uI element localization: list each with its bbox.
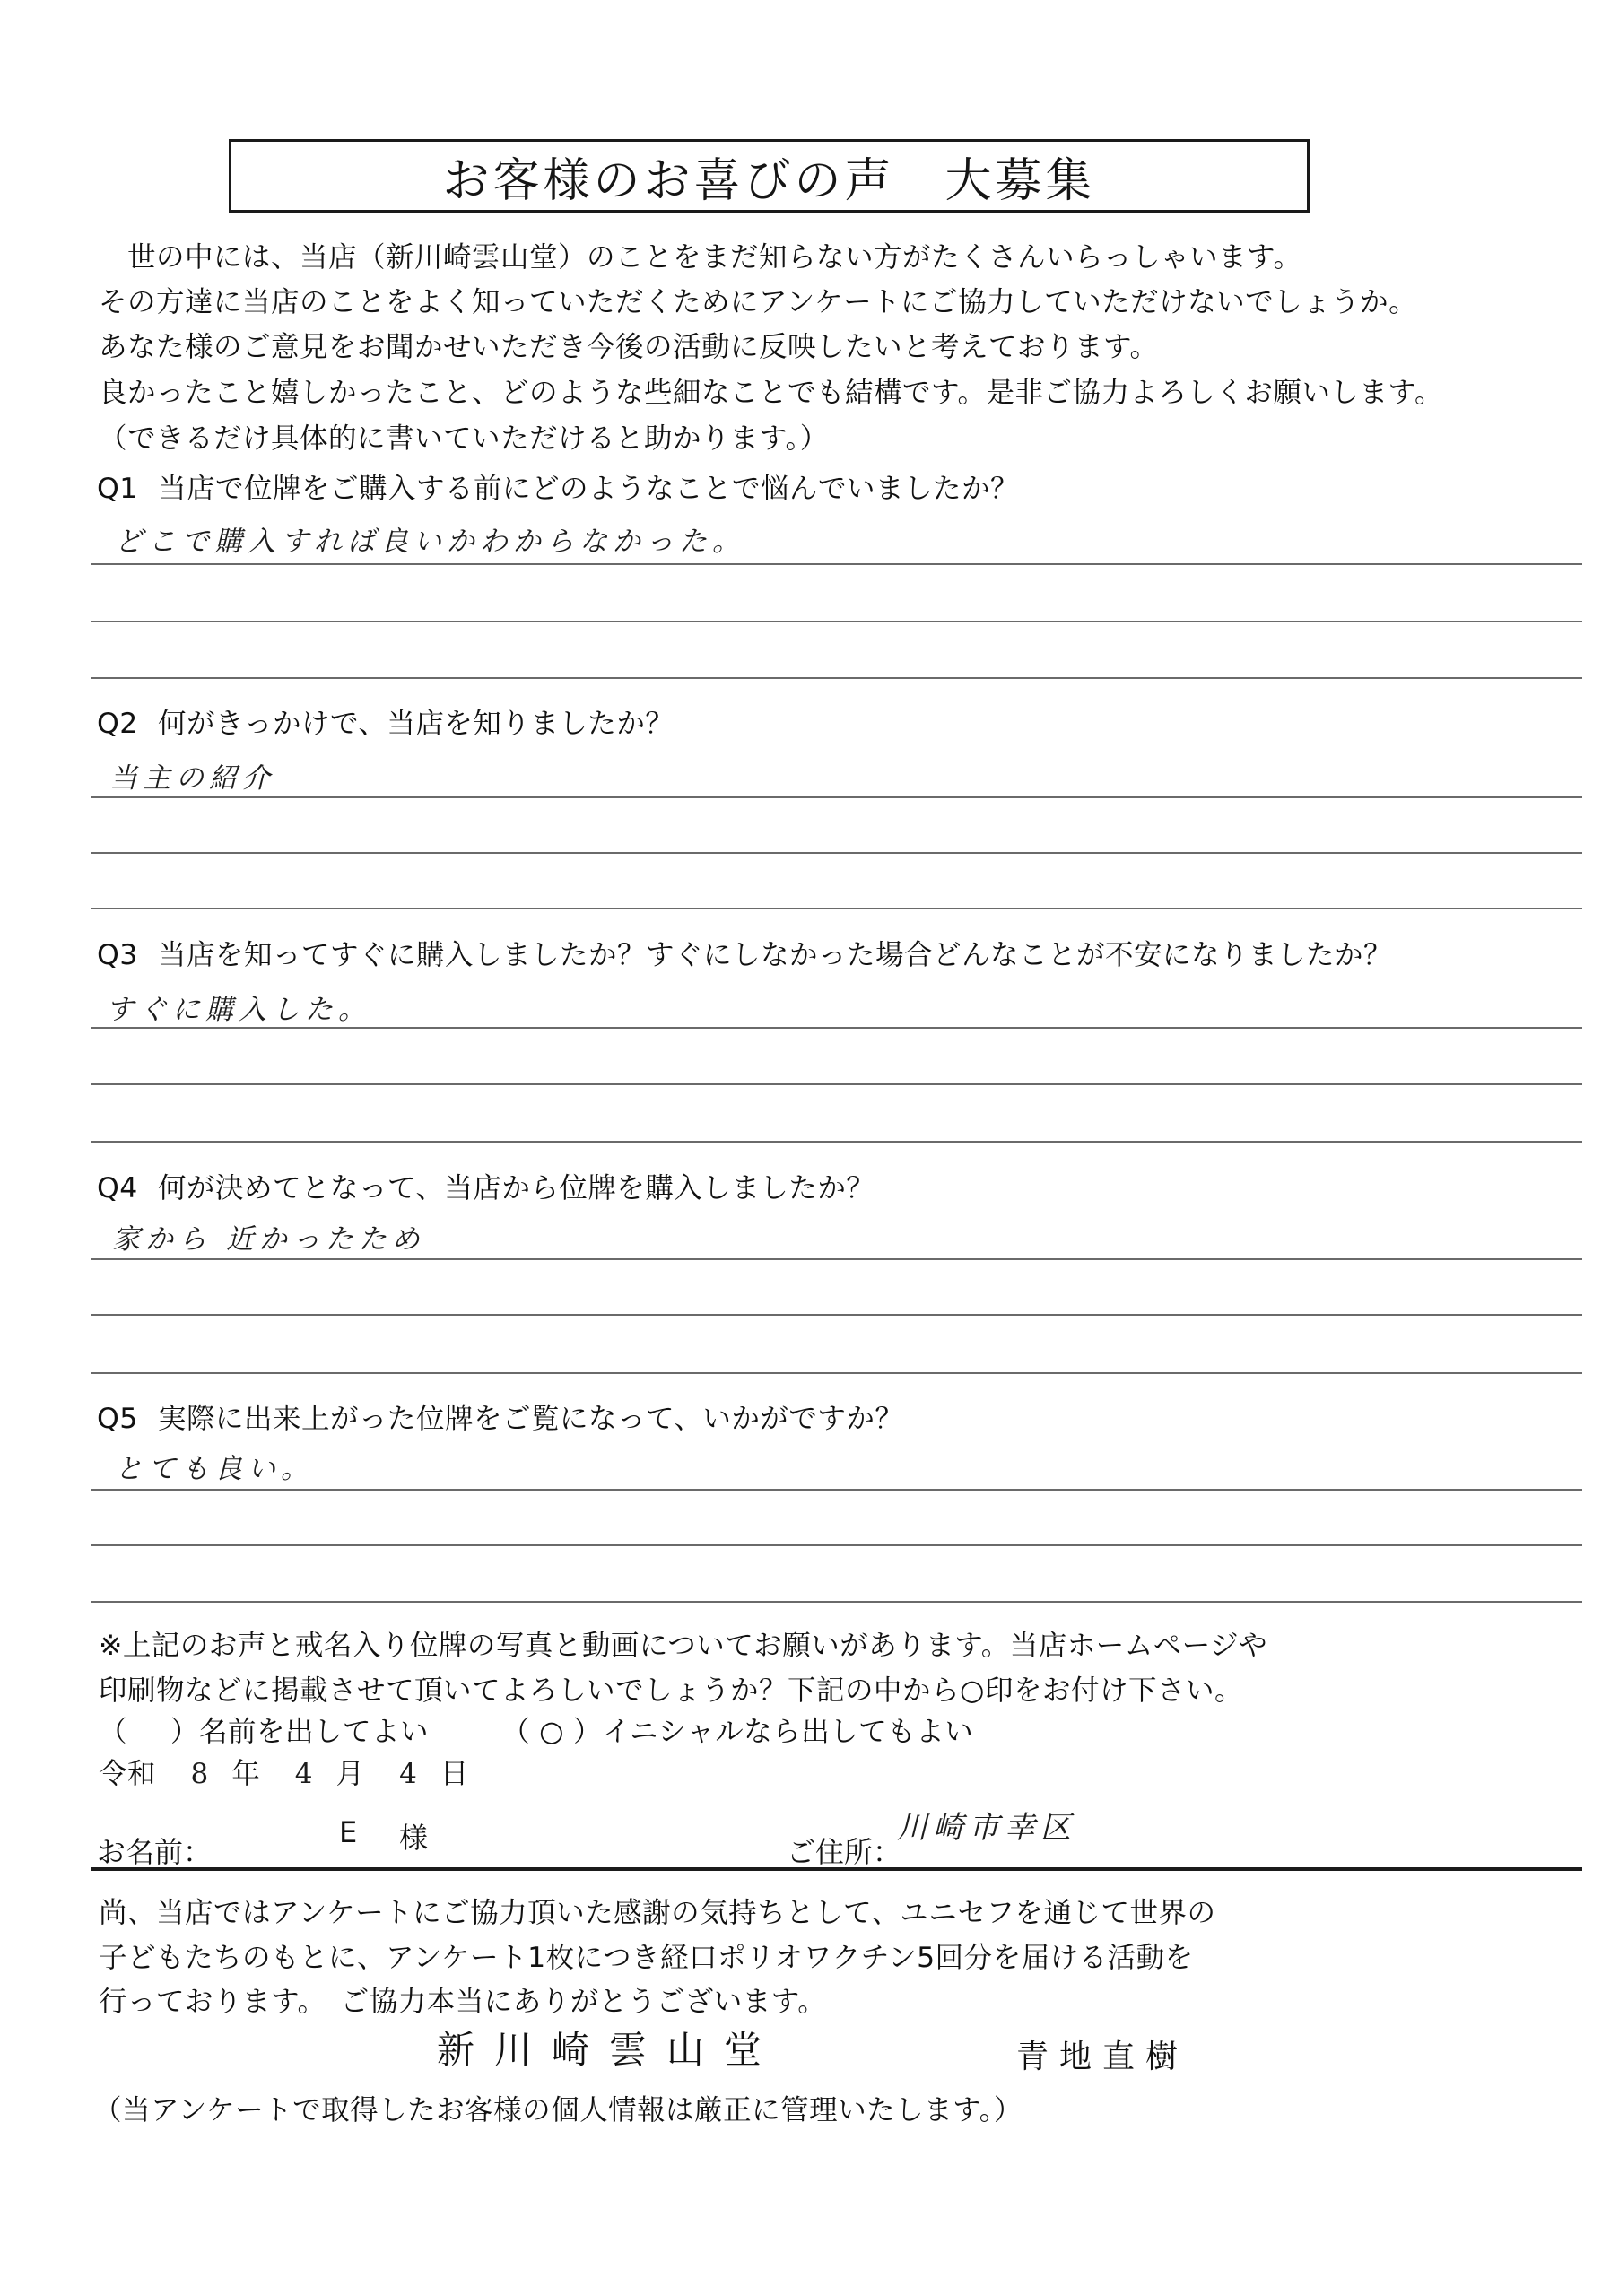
- answer-line: [91, 621, 1582, 622]
- date-row: 令和 8年 4月 4日: [99, 1752, 469, 1792]
- question-number: Q3: [97, 939, 158, 971]
- option-initial-label: イニシャルなら出してもよい: [602, 1716, 973, 1748]
- intro-line-1: 世の中には、当店（新川崎雲山堂）のことをまだ知らない方がたくさんいらっしゃいます…: [99, 235, 1302, 280]
- option-name-checkbox[interactable]: （）: [99, 1716, 199, 1748]
- permission-options: （）名前を出してよい （○）イニシャルなら出してもよい: [99, 1709, 973, 1750]
- question-number: Q4: [97, 1172, 158, 1205]
- shop-name: 新川崎雲山堂: [437, 2021, 781, 2074]
- option-initial-checkbox[interactable]: （○）: [501, 1716, 602, 1748]
- permission-note-line-1: ※上記のお声と戒名入り位牌の写真と動画についてお願いがあります。当店ホームページ…: [99, 1623, 1267, 1664]
- question-5: Q5実際に出来上がった位牌をご覧になって、いかがですか？: [97, 1396, 903, 1437]
- question-text: 当店で位牌をご購入する前にどのようなことで悩んでいましたか？: [158, 473, 1019, 505]
- question-text: 何が決めてとなって、当店から位牌を購入しましたか？: [158, 1172, 875, 1205]
- question-number: Q5: [97, 1403, 158, 1435]
- page-title: お客様のお喜びの声 大募集: [442, 143, 1095, 210]
- answer-line: [91, 1141, 1582, 1143]
- owner-name: 青地直樹: [1016, 2031, 1188, 2077]
- footer-line-1: 尚、当店ではアンケートにご協力頂いた感謝の気持ちとして、ユニセフを通じて世界の: [99, 1891, 1215, 1931]
- question-3: Q3当店を知ってすぐに購入しましたか？すぐにしなかった場合どんなことが不安になり…: [97, 933, 1392, 973]
- intro-line-2: その方達に当店のことをよく知っていただくためにアンケートにご協力していただけない…: [99, 280, 1417, 325]
- date-year-unit: 年: [231, 1758, 260, 1790]
- question-text: 実際に出来上がった位牌をご覧になって、いかがですか？: [158, 1403, 903, 1435]
- date-month[interactable]: 4: [295, 1758, 318, 1790]
- option-initial-mark: ○: [530, 1716, 573, 1748]
- answer-line: [91, 852, 1582, 854]
- date-month-unit: 月: [336, 1758, 365, 1790]
- name-honorific: 様: [399, 1815, 428, 1857]
- date-era: 令和: [99, 1758, 156, 1790]
- answer-line: [91, 908, 1582, 909]
- answer-4[interactable]: 家から 近かったため: [112, 1216, 425, 1257]
- date-day-unit: 日: [440, 1758, 469, 1790]
- question-number: Q1: [97, 473, 158, 505]
- permission-note-line-2: 印刷物などに掲載させて頂いてよろしいでしょうか？下記の中から○印をお付け下さい。: [99, 1668, 1243, 1709]
- answer-line: [91, 563, 1582, 565]
- answer-line: [91, 1258, 1582, 1260]
- intro-line-3: あなた様のご意見をお聞かせいただき今後の活動に反映したいと考えております。: [99, 325, 1158, 370]
- answer-line: [91, 1314, 1582, 1316]
- name-label: お名前：: [97, 1830, 212, 1871]
- question-number: Q2: [97, 708, 158, 740]
- intro-line-5: （できるだけ具体的に書いていただけると助かります。）: [99, 416, 829, 461]
- question-4: Q4何が決めてとなって、当店から位牌を購入しましたか？: [97, 1166, 875, 1206]
- answer-2[interactable]: 当主の紹介: [109, 755, 275, 796]
- answer-1[interactable]: どこで購入すれば良いかわからなかった。: [115, 518, 745, 559]
- answer-line: [91, 677, 1582, 679]
- answer-3[interactable]: すぐに購入した。: [106, 987, 371, 1027]
- date-day[interactable]: 4: [399, 1758, 422, 1790]
- answer-line: [91, 1027, 1582, 1029]
- answer-line: [91, 1544, 1582, 1546]
- name-value[interactable]: E: [339, 1815, 357, 1849]
- address-label: ご住所：: [787, 1830, 901, 1871]
- answer-5[interactable]: とても良い。: [115, 1446, 314, 1486]
- question-1: Q1当店で位牌をご購入する前にどのようなことで悩んでいましたか？: [97, 466, 1019, 507]
- title-box: お客様のお喜びの声 大募集: [229, 139, 1310, 213]
- intro-line-4: 良かったこと嬉しかったこと、どのような些細なことでも結構です。是非ご協力よろしく…: [99, 370, 1443, 415]
- question-text: 何がきっかけで、当店を知りましたか？: [158, 708, 674, 740]
- footer-line-3: 行っております。 ご協力本当にありがとうございます。: [99, 1979, 826, 2020]
- answer-line: [91, 1083, 1582, 1085]
- answer-line: [91, 1372, 1582, 1374]
- answer-line: [91, 1601, 1582, 1603]
- privacy-note: （当アンケートで取得したお客様の個人情報は厳正に管理いたします。）: [93, 2088, 1023, 2128]
- footer-line-2: 子どもたちのもとに、アンケート1枚につき経口ポリオワクチン5回分を届ける活動を: [99, 1935, 1194, 1976]
- signature-divider: [91, 1867, 1582, 1871]
- address-value[interactable]: 川崎市幸区: [897, 1803, 1076, 1847]
- date-year[interactable]: 8: [191, 1758, 214, 1790]
- answer-line: [91, 796, 1582, 798]
- answer-line: [91, 1489, 1582, 1491]
- option-name-label: 名前を出してよい: [199, 1716, 429, 1748]
- question-text: 当店を知ってすぐに購入しましたか？すぐにしなかった場合どんなことが不安になりまし…: [158, 939, 1392, 971]
- question-2: Q2何がきっかけで、当店を知りましたか？: [97, 701, 674, 742]
